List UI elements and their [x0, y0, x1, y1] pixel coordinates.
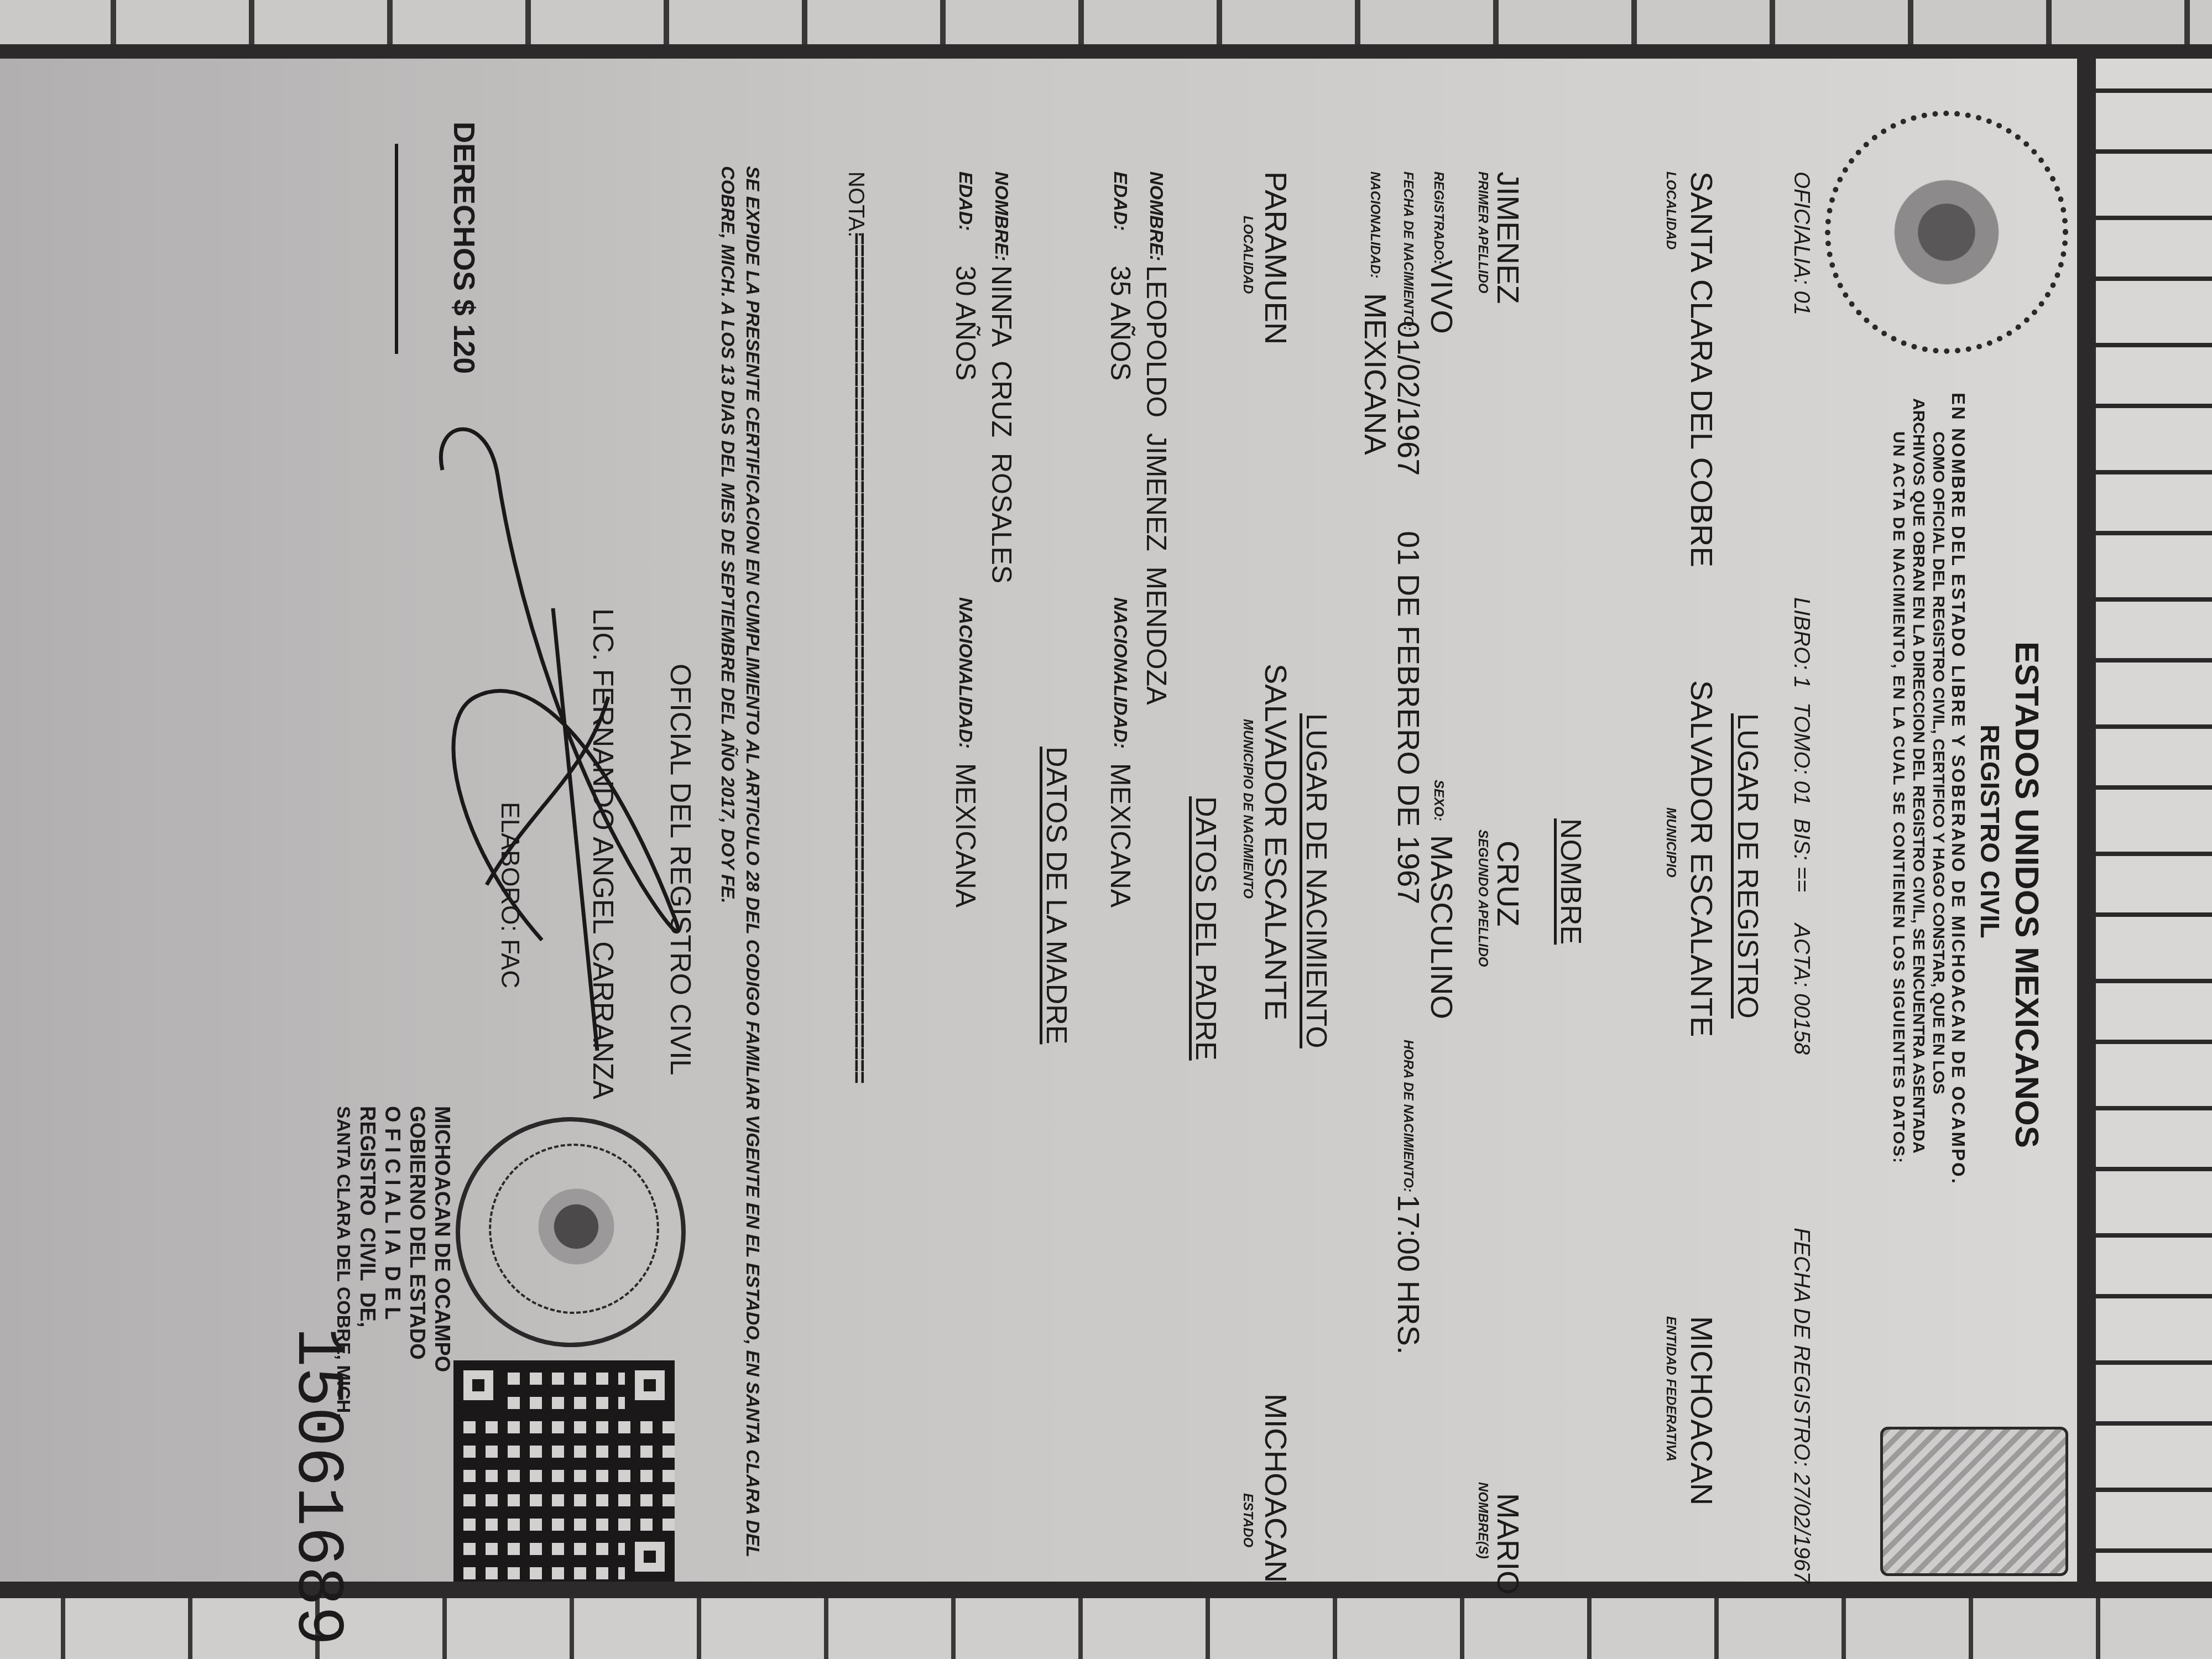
registro-municipio-label: MUNICIPIO — [1663, 807, 1678, 878]
sexo-label: SEXO: — [1431, 780, 1446, 821]
stamp-line-3: O F I C I A L I A D E L — [380, 1106, 404, 1319]
libro: LIBRO: 1 — [1789, 597, 1814, 688]
sexo-value: MASCULINO — [1424, 835, 1460, 1019]
padre-nombre-label: NOMBRE: — [1145, 171, 1167, 261]
segundo-apellido-label: SEGUNDO APELLIDO — [1475, 830, 1490, 967]
preamble-line-4: UN ACTA DE NACIMIENTO, EN LA CUAL SE CON… — [1889, 431, 1908, 1164]
madre-nacionalidad: MEXICANA — [950, 763, 982, 907]
lugar-registro-title: LUGAR DE REGISTRO — [1731, 713, 1764, 1019]
office-title: REGISTRO CIVIL — [1974, 724, 2005, 938]
nombres-label: NOMBRE(S) — [1475, 1482, 1490, 1559]
qr-finder-icon — [625, 1532, 675, 1582]
nota-label: NOTA: — [843, 171, 868, 237]
oficialia: OFICIALIA: 01 — [1789, 171, 1814, 315]
nota-value: ========================================… — [846, 232, 871, 1083]
preamble-line-1: EN NOMBRE DEL ESTADO LIBRE Y SOBERANO DE… — [1948, 393, 1969, 1185]
hora-nacimiento-label: HORA DE NACIMIENTO: — [1400, 1040, 1416, 1192]
nacimiento-estado-label: ESTADO — [1240, 1493, 1255, 1547]
padre-edad: 35 AÑOS — [1104, 265, 1136, 380]
qr-code[interactable] — [453, 1360, 675, 1582]
lugar-nacimiento-title: LUGAR DE NACIMIENTO — [1300, 713, 1333, 1048]
preamble-line-2: COMO OFICIAL DEL REGISTRO CIVIL, CERTIFI… — [1929, 431, 1948, 1094]
madre-nombre: NINFA CRUZ ROSALES — [985, 265, 1018, 583]
birth-certificate: ESTADOS UNIDOS MEXICANOS ESTADOS UNIDOS … — [0, 0, 2212, 1659]
certification-line-2: COBRE, MICH. A LOS 13 DIAS DEL MES DE SE… — [717, 166, 738, 904]
derechos-underline — [395, 144, 398, 354]
nombres: MARIO — [1490, 1493, 1526, 1595]
stamp-line-1: MICHOACAN DE OCAMPO — [430, 1106, 453, 1372]
primer-apellido: JIMENEZ — [1490, 171, 1526, 304]
stamp-line-2: GOBIERNO DEL ESTADO — [405, 1106, 429, 1360]
registro-entidad-label: ENTIDAD FEDERATIVA — [1663, 1316, 1678, 1462]
certification-line-1: SE EXPIDE LA PRESENTE CERTIFICACION EN C… — [742, 166, 763, 1557]
madre-nacionalidad-label: NACIONALIDAD: — [954, 597, 976, 749]
fecha-nacimiento-label: FECHA DE NACIMIENTO: — [1400, 171, 1416, 331]
derechos: DERECHOS $ 120 — [447, 122, 481, 374]
acta: ACTA: 00158 — [1789, 924, 1814, 1055]
nombre-title: NOMBRE — [1554, 818, 1587, 945]
registro-entidad: MICHOACAN — [1684, 1316, 1720, 1505]
madre-title: DATOS DE LA MADRE — [1040, 747, 1073, 1044]
registrado-value: VIVO — [1424, 260, 1460, 334]
nacionalidad-label: NACIONALIDAD: — [1367, 171, 1383, 278]
nacimiento-municipio: SALVADOR ESCALANTE — [1258, 664, 1294, 1020]
hora-nacimiento-value: 17:00 HRS. — [1391, 1194, 1427, 1355]
registro-localidad: SANTA CLARA DEL COBRE — [1684, 171, 1720, 567]
madre-edad: 30 AÑOS — [950, 265, 982, 380]
nacimiento-localidad: PARAMUEN — [1258, 171, 1294, 345]
fecha-registro: FECHA DE REGISTRO: 27/02/1967 — [1789, 1228, 1814, 1583]
registry-stamp-icon — [456, 1117, 686, 1347]
padre-title: DATOS DEL PADRE — [1189, 796, 1222, 1061]
nacionalidad-value: MEXICANA — [1358, 293, 1394, 455]
tomo: TOMO: 01 — [1789, 702, 1814, 805]
madre-nombre-label: NOMBRE: — [990, 171, 1012, 261]
stamp-line-4: REGISTRO CIVIL DE, — [355, 1106, 379, 1327]
nacimiento-municipio-label: MUNICIPIO DE NACIMIENTO — [1240, 719, 1255, 899]
country-title: ESTADOS UNIDOS MEXICANOS — [2008, 641, 2046, 1148]
national-seal-icon — [1825, 111, 2068, 354]
decorative-border-top — [2077, 0, 2212, 1659]
signature-scribble-icon — [409, 387, 719, 1106]
serial-number: 150616​89 — [279, 1327, 354, 1646]
padre-nacionalidad-label: NACIONALIDAD: — [1109, 597, 1131, 749]
elaboro: ELABORO: FAC — [495, 802, 525, 988]
decorative-border-left — [0, 0, 2212, 59]
qr-finder-icon — [625, 1360, 675, 1410]
fecha-nacimiento-value: 01/02/1967 — [1391, 321, 1427, 476]
preamble-line-3: ARCHIVOS QUE OBRAN EN LA DIRECCION DEL R… — [1909, 398, 1928, 1154]
madre-edad-label: EDAD: — [954, 171, 976, 231]
primer-apellido-label: PRIMER APELLIDO — [1475, 171, 1490, 293]
padre-edad-label: EDAD: — [1109, 171, 1131, 231]
registro-municipio: SALVADOR ESCALANTE — [1684, 680, 1720, 1037]
fecha-nacimiento-text: 01 DE FEBRERO DE 1967 — [1391, 531, 1427, 904]
nacimiento-estado: MICHOACAN — [1258, 1394, 1294, 1583]
registrado-label: REGISTRADO: — [1431, 171, 1446, 264]
segundo-apellido: CRUZ — [1490, 841, 1526, 927]
bis: BIS: == — [1789, 818, 1814, 892]
qr-finder-icon — [453, 1360, 503, 1410]
state-crest-icon — [1880, 1427, 2068, 1576]
padre-nombre: LEOPOLDO JIMENEZ MENDOZA — [1140, 265, 1172, 705]
registro-localidad-label: LOCALIDAD — [1663, 171, 1678, 249]
padre-nacionalidad: MEXICANA — [1104, 763, 1136, 907]
nacimiento-localidad-label: LOCALIDAD — [1240, 216, 1255, 294]
